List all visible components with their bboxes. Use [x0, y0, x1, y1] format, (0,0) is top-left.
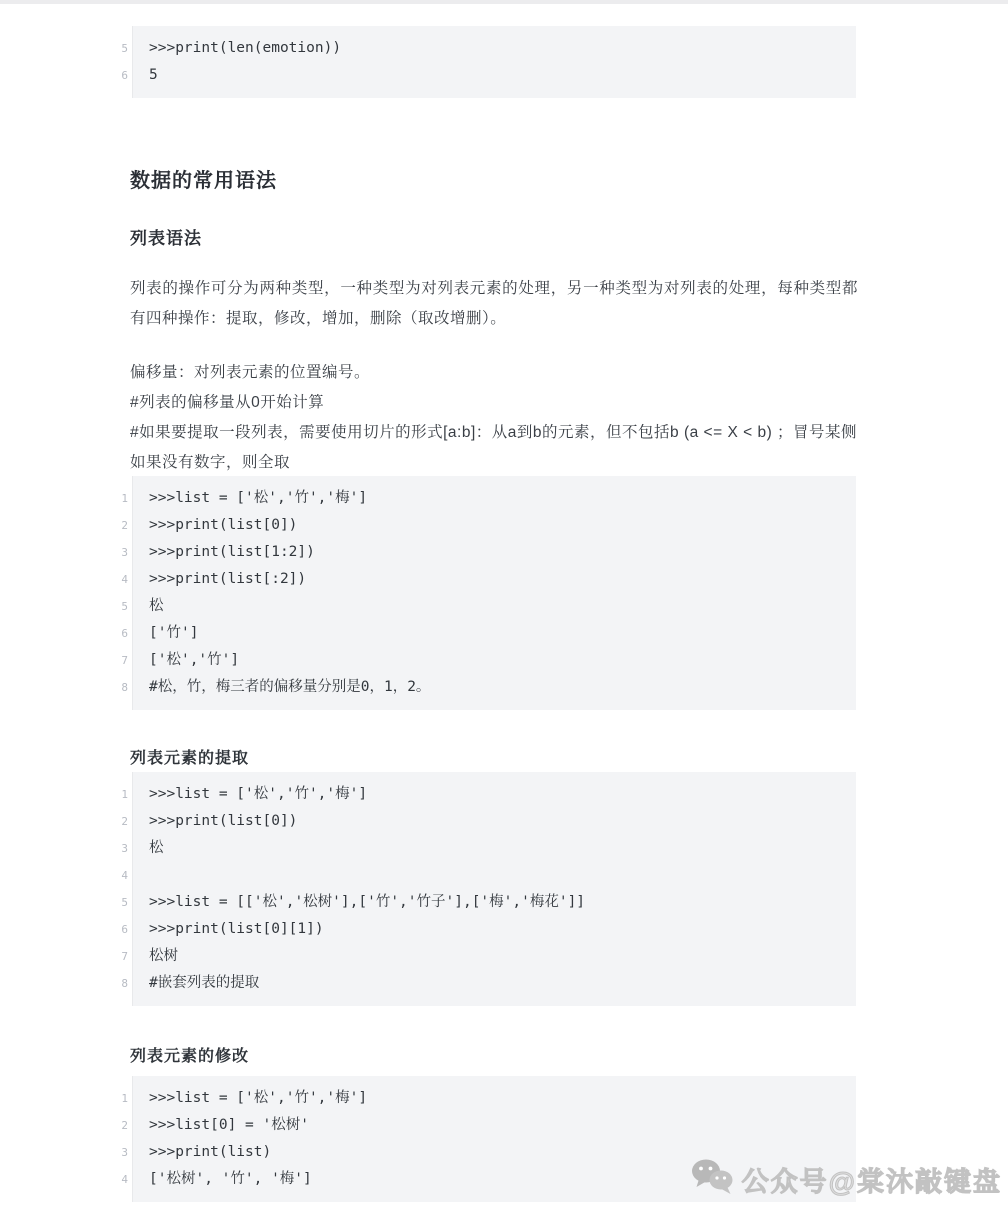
- code-line: 松: [149, 835, 840, 862]
- line-number: 3: [108, 539, 128, 566]
- code-line: 松树: [149, 943, 840, 970]
- code-line: [149, 862, 840, 889]
- section-title: 数据的常用语法: [130, 164, 277, 193]
- code-line: >>>print(list[1:2]): [149, 539, 840, 566]
- offset-notes: 偏移量：对列表元素的位置编号。 #列表的偏移量从0开始计算 #如果要提取一段列表…: [130, 358, 858, 478]
- code-line: #松，竹，梅三者的偏移量分别是0，1，2。: [149, 674, 840, 701]
- line-number: 8: [108, 674, 128, 701]
- code-line: >>>print(list[0]): [149, 512, 840, 539]
- code-lines: >>>list = ['松','竹','梅']>>>print(list[0])…: [132, 772, 856, 1006]
- line-number: 4: [108, 862, 128, 889]
- code-line: >>>list = ['松','竹','梅']: [149, 485, 840, 512]
- wechat-icon: [690, 1158, 734, 1201]
- subsection-title-list-syntax: 列表语法: [130, 224, 202, 249]
- code-block-offset-example: 12345678 >>>list = ['松','竹','梅']>>>print…: [108, 476, 856, 710]
- code-line: >>>print(list[0]): [149, 808, 840, 835]
- heading-list-element-modify: 列表元素的修改: [130, 1043, 249, 1066]
- code-block-len-emotion: 56 >>>print(len(emotion))5: [108, 26, 856, 98]
- code-gutter: 56: [108, 26, 128, 98]
- code-block-extract-example: 12345678 >>>list = ['松','竹','梅']>>>print…: [108, 772, 856, 1006]
- line-number: 6: [108, 916, 128, 943]
- intro-paragraph: 列表的操作可分为两种类型，一种类型为对列表元素的处理，另一种类型为对列表的处理，…: [130, 274, 858, 334]
- line-number: 7: [108, 943, 128, 970]
- code-line: >>>list = ['松','竹','梅']: [149, 1085, 840, 1112]
- article-page: { "article": { "code_intro": { "start_li…: [0, 0, 1008, 1222]
- line-number: 3: [108, 1139, 128, 1166]
- line-number: 8: [108, 970, 128, 997]
- line-number: 5: [108, 35, 128, 62]
- line-number: 5: [108, 593, 128, 620]
- code-line: 5: [149, 62, 840, 89]
- code-line: 松: [149, 593, 840, 620]
- code-lines: >>>print(len(emotion))5: [132, 26, 856, 98]
- offset-note-line: 偏移量：对列表元素的位置编号。: [130, 358, 858, 388]
- code-lines: >>>list = ['松','竹','梅']>>>print(list[0])…: [132, 476, 856, 710]
- code-line: ['松','竹']: [149, 647, 840, 674]
- line-number: 1: [108, 1085, 128, 1112]
- code-line: >>>print(list[:2]): [149, 566, 840, 593]
- line-number: 2: [108, 1112, 128, 1139]
- offset-note-line: #列表的偏移量从0开始计算: [130, 388, 858, 418]
- line-number: 7: [108, 647, 128, 674]
- line-number: 2: [108, 512, 128, 539]
- line-number: 2: [108, 808, 128, 835]
- code-gutter: 12345678: [108, 772, 128, 1006]
- line-number: 5: [108, 889, 128, 916]
- code-line: >>>list = [['松','松树'],['竹','竹子'],['梅','梅…: [149, 889, 840, 916]
- line-number: 3: [108, 835, 128, 862]
- offset-note-line: #如果要提取一段列表，需要使用切片的形式[a:b]：从a到b的元素，但不包括b …: [130, 418, 858, 478]
- line-number: 4: [108, 566, 128, 593]
- code-gutter: 1234: [108, 1076, 128, 1202]
- code-line: >>>print(len(emotion)): [149, 35, 840, 62]
- code-line: #嵌套列表的提取: [149, 970, 840, 997]
- watermark-text: 公众号@棠沐敲键盘: [742, 1160, 1002, 1199]
- code-line: >>>print(list[0][1]): [149, 916, 840, 943]
- heading-list-element-extract: 列表元素的提取: [130, 745, 249, 768]
- line-number: 4: [108, 1166, 128, 1193]
- code-line: >>>list[0] = '松树': [149, 1112, 840, 1139]
- line-number: 1: [108, 485, 128, 512]
- page-top-divider: [0, 0, 1008, 4]
- line-number: 1: [108, 781, 128, 808]
- watermark: 公众号@棠沐敲键盘: [690, 1158, 1002, 1201]
- code-line: >>>list = ['松','竹','梅']: [149, 781, 840, 808]
- code-line: ['竹']: [149, 620, 840, 647]
- code-gutter: 12345678: [108, 476, 128, 710]
- line-number: 6: [108, 620, 128, 647]
- line-number: 6: [108, 62, 128, 89]
